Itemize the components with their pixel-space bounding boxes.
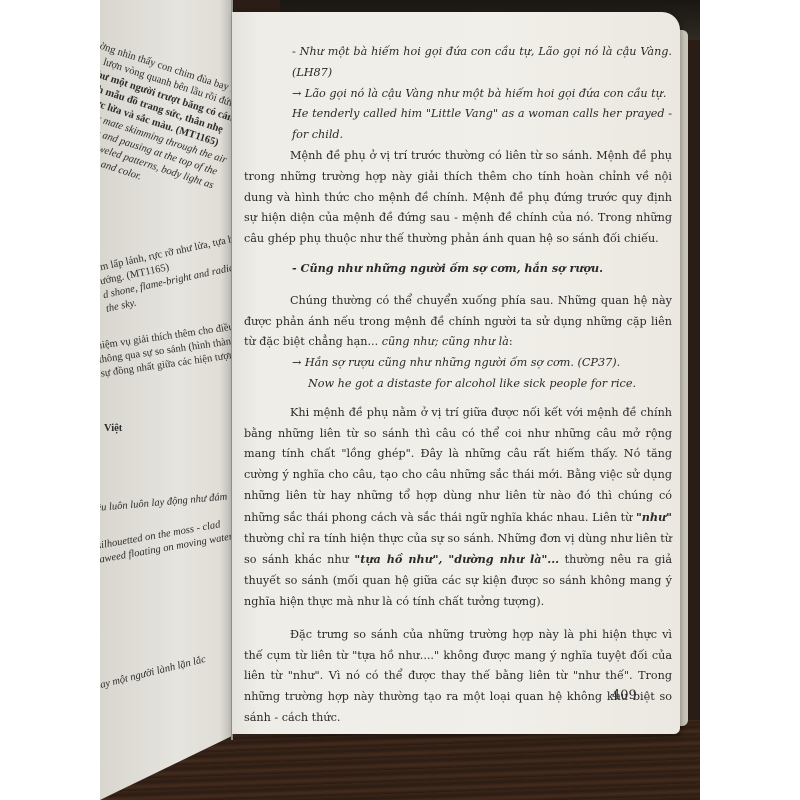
- paragraph-2: Chúng thường có thể chuyển xuống phía sa…: [244, 291, 672, 353]
- left-line: ều luôn luôn lay động như đám: [100, 491, 228, 516]
- paragraph-3: Khi mệnh đề phụ nằm ở vị trí giữa được n…: [244, 403, 672, 613]
- left-line: tay một người lành lặn lắc: [100, 653, 207, 694]
- example-1-arrow: → Lão gọi nó là cậu Vàng như một bà hiếm…: [244, 84, 672, 105]
- right-page: - Như một bà hiếm hoi gọi đứa con cầu tự…: [232, 12, 680, 734]
- page-edge: [680, 30, 688, 726]
- book-photo: ờng nhìn thấy con chim đùa bay là là i, …: [100, 0, 700, 800]
- example-1-english: He tenderly called him "Little Vang" as …: [244, 104, 672, 146]
- right-page-text: - Như một bà hiếm hoi gọi đứa con cầu tự…: [244, 42, 672, 729]
- left-page: ờng nhìn thấy con chim đùa bay là là i, …: [100, 0, 232, 800]
- paragraph-1: Mệnh đề phụ ở vị trí trước thường có liê…: [244, 146, 672, 250]
- example-1-vietnamese: - Như một bà hiếm hoi gọi đứa con cầu tự…: [244, 42, 672, 84]
- example-2-vietnamese: - Cũng như những người ốm sợ cơm, hắn sợ…: [244, 258, 672, 279]
- left-section-heading: Việt: [104, 422, 122, 436]
- page-number: 409: [612, 688, 637, 703]
- example-2-arrow: → Hắn sợ rượu cũng như những người ốm sợ…: [244, 353, 672, 374]
- example-2-english: Now he got a distaste for alcohol like s…: [244, 374, 672, 395]
- paragraph-4: Đặc trưng so sánh của những trường hợp n…: [244, 625, 672, 729]
